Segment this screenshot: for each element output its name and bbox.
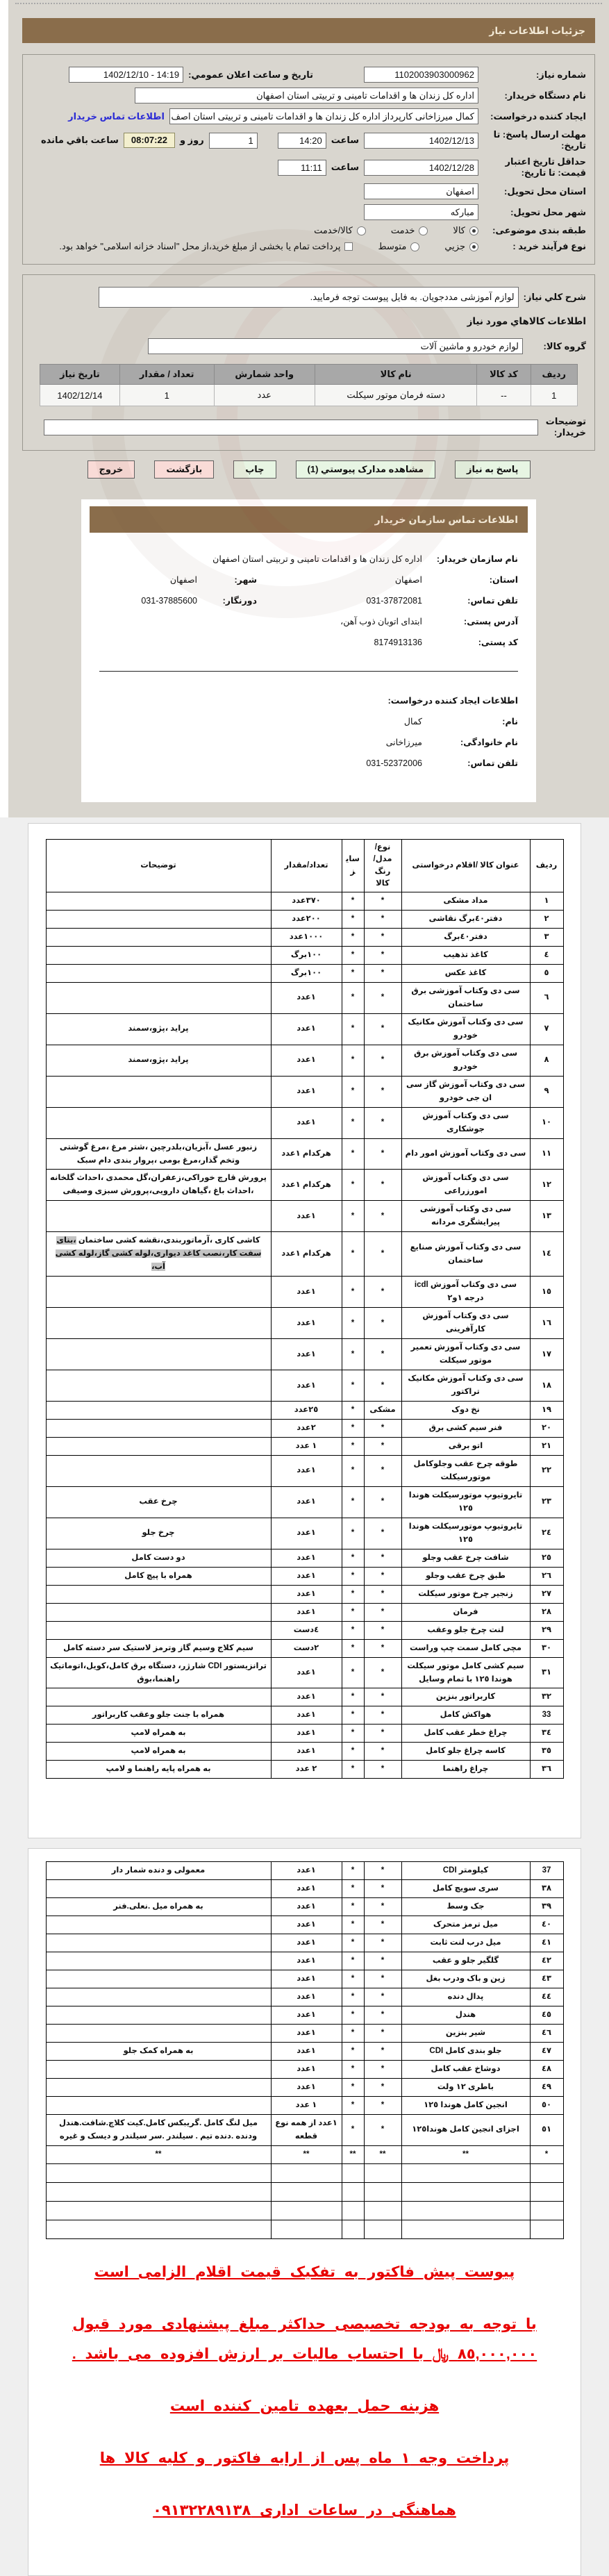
- attachment-cell-title: سی دی وکتاب آموزشی پیرایشگری مردانه: [401, 1201, 530, 1232]
- delivery-city-field[interactable]: مبارکه: [364, 204, 478, 220]
- attachment-table-2: 37کیلومتر CDI**۱عددمعمولی و دنده شمار دا…: [46, 1861, 564, 2238]
- radio-goods-label: کالا: [453, 225, 465, 236]
- attachment-cell-no: ٤: [530, 946, 563, 964]
- attachment-row: [46, 2182, 563, 2201]
- attachment-cell-note: کاشی کاری ،آرماتوربندی،نقشه کشی ساختمان …: [46, 1232, 271, 1277]
- attachment-cell-note: چرخ عقب: [46, 1486, 271, 1518]
- radio-icon: [357, 226, 366, 235]
- attachment-cell-size: *: [342, 1862, 364, 1880]
- attachment-cell-note: [46, 2220, 271, 2238]
- attachment-cell-title: پدال دنده: [401, 1988, 530, 2006]
- attachment-cell-type: *: [364, 1549, 401, 1567]
- attachment-cell-type: *: [364, 1370, 401, 1402]
- buyer-org-label: نام دستگاه خریدار:: [483, 90, 586, 101]
- attachment-cell-no: ۲٤: [530, 1518, 563, 1549]
- attachment-cell-note: [46, 1201, 271, 1232]
- attachment-cell-no: ٤٤: [530, 1988, 563, 2006]
- goods-col-header: تاریخ نیاز: [40, 365, 120, 385]
- need-desc-field[interactable]: لوازم آموزشی مددجویان. به فایل پیوست توج…: [99, 287, 519, 308]
- attachment-cell-note: [46, 1370, 271, 1402]
- attachment-cell-title: شافت چرخ عقب وجلو: [401, 1549, 530, 1567]
- attachment-cell-no: ۹: [530, 1076, 563, 1107]
- attachment-cell-size: *: [342, 1076, 364, 1107]
- attachment-row: ۲٦طبق چرخ عقب وجلو**۱عددهمراه با پیچ کام…: [46, 1567, 563, 1585]
- attachment-table-header: ردیفعنوان کالا /اقلام درخواستینوع/مدل/رن…: [46, 840, 563, 892]
- attachment-row: ۱۷سی دی وکتاب آموزش تعمیر موتور سیکلت**۱…: [46, 1339, 563, 1370]
- attachment-cell-qty: ۲ عدد: [271, 1761, 342, 1779]
- goods-table-header-row: ردیفکد کالانام کالاواحد شمارشتعداد / مقد…: [40, 365, 578, 385]
- attachment-row: ۳٦چراغ راهنما**۲ عددبه همراه پایه راهنما…: [46, 1761, 563, 1779]
- attachment-cell-qty: ۱عدد: [271, 1952, 342, 1970]
- attachment-cell-size: *: [342, 1585, 364, 1603]
- attachment-cell-qty: ۱عدد: [271, 1486, 342, 1518]
- attachment-cell-title: دوشاخ عقب کامل: [401, 2060, 530, 2078]
- attachment-cell-note: [46, 1916, 271, 1934]
- creator-field[interactable]: کمال میرزاخانی کارپرداز اداره کل زندان ه…: [169, 108, 478, 124]
- attachment-cell-qty: ۱عدد: [271, 1455, 342, 1486]
- attachment-cell-note: [46, 2182, 271, 2201]
- attachment-cell-qty: [271, 2220, 342, 2238]
- attachment-cell-no: ۳٥: [530, 1743, 563, 1761]
- attachment-cell-type: *: [364, 2096, 401, 2114]
- attachment-cell-no: [530, 2220, 563, 2238]
- attachment-row: ۷سی دی وکتاب آموزش مکانیک خودرو**۱عددپرا…: [46, 1013, 563, 1045]
- need-no-field[interactable]: 1102003903000962: [364, 67, 478, 83]
- attachment-row: ۲۰فنر سیم کشی برق**۲عدد: [46, 1419, 563, 1437]
- attachment-cell-qty: ۱عدد: [271, 1862, 342, 1880]
- attachment-cell-qty: [271, 2163, 342, 2182]
- goods-group-label: گروه کالا:: [528, 341, 586, 352]
- attachment-cell-size: *: [342, 1603, 364, 1621]
- attachment-cell-note: به همراه لامپ: [46, 1725, 271, 1743]
- attachment-cell-size: *: [342, 1567, 364, 1585]
- attachment-cell-qty: ۱عدد: [271, 1045, 342, 1076]
- attachment-cell-size: *: [342, 1743, 364, 1761]
- radio-selected-icon: [469, 242, 478, 251]
- goods-cell: عدد: [214, 385, 315, 406]
- org-name-value: اداره کل زندان ها و اقدامات تامینی و ترب…: [212, 554, 422, 564]
- attachment-cell-qty: [271, 2201, 342, 2220]
- attachment-cell-size: [342, 2163, 364, 2182]
- attachment-cell-qty: ٤دست: [271, 1621, 342, 1639]
- contact-card-title: اطلاعات تماس سازمان خریدار: [90, 506, 528, 533]
- attachment-cell-qty: ۱عدد: [271, 1603, 342, 1621]
- attachment-row: ۳۰مچی کامل سمت چپ وراست**۲دستسیم کلاج وس…: [46, 1639, 563, 1657]
- attachment-row: ٤٦شیر بنزین**۱عدد: [46, 2025, 563, 2043]
- attachment-cell-no: [530, 2201, 563, 2220]
- attachment-cell-qty: ۱عدد: [271, 1657, 342, 1688]
- goods-col-header: تعداد / مقدار: [119, 365, 214, 385]
- contact-address-label: آدرس پستی:: [422, 616, 518, 626]
- attachment-row: ۳۲کاربراتور بنزین**۱عدد: [46, 1688, 563, 1706]
- attachment-cell-qty: ۱عدد: [271, 1013, 342, 1045]
- need-description-panel: شرح کلي نیاز: لوازم آموزشی مددجویان. به …: [22, 274, 595, 451]
- attachment-cell-note: [46, 910, 271, 928]
- attachment-cell-qty: ۱عدد: [271, 1567, 342, 1585]
- attachment-row: ۳۱سیم کشی کامل موتور سیکلت هوندا ۱۲٥ با …: [46, 1657, 563, 1688]
- attachment-cell-size: *: [342, 1339, 364, 1370]
- contact-fax-value: 031-37885600: [141, 596, 197, 606]
- attachment-cell-type: *: [364, 1916, 401, 1934]
- attachment-cell-title: دفتر٤۰برگ نقاشی: [401, 910, 530, 928]
- attachment-cell-size: *: [342, 1455, 364, 1486]
- attachment-cell-title: زین و باک ودرب بغل: [401, 1970, 530, 1988]
- attachment-cell-title: سی دی وکتاب آموزش امورزراعی: [401, 1170, 530, 1201]
- attachment-cell-note: [46, 982, 271, 1013]
- attachment-cell-qty: هرکدام ۱عدد: [271, 1232, 342, 1277]
- days-field[interactable]: 1: [209, 133, 258, 149]
- attachment-cell-qty: ۲۰۰عدد: [271, 910, 342, 928]
- form-section: جزئیات اطلاعات نیاز شماره نیاز: 11020039…: [0, 0, 609, 817]
- radio-goods-service[interactable]: کالا/خدمت: [314, 225, 366, 236]
- attachment-cell-size: *: [342, 1232, 364, 1277]
- creator-fname-label: نام:: [422, 716, 518, 726]
- attachment-cell-title: سیم کشی کامل موتور سیکلت هوندا ۱۲٥ با تم…: [401, 1657, 530, 1688]
- attachment-cell-type: *: [364, 2078, 401, 2096]
- attachment-cell-type: *: [364, 1013, 401, 1045]
- attachment-cell-type: *: [364, 2043, 401, 2061]
- attachment-row: ٤۲گلگیر جلو و عقب**۱عدد: [46, 1952, 563, 1970]
- attachment-cell-note: [46, 1308, 271, 1339]
- attachment-cell-size: *: [342, 2043, 364, 2061]
- attachment-row: ٥۰انجین کامل هوندا ۱۲٥**۱ عدد: [46, 2096, 563, 2114]
- attachment-row: ٤کاغذ تذهیب**۱۰۰برگ: [46, 946, 563, 964]
- attachment-cell-qty: ۱عدد: [271, 1970, 342, 1988]
- announce-field[interactable]: 14:19 - 1402/12/10: [69, 67, 183, 83]
- attachment-cell-note: [46, 1455, 271, 1486]
- attachment-cell-type: *: [364, 1107, 401, 1138]
- goods-table-row: 1--دسته فرمان موتور سیکلتعدد11402/12/14: [40, 385, 578, 406]
- attachment-cell-no: ۷: [530, 1013, 563, 1045]
- attachment-cell-no: ٤۸: [530, 2060, 563, 2078]
- attachment-cell-title: مچی کامل سمت چپ وراست: [401, 1639, 530, 1657]
- attachment-cell-size: *: [342, 1725, 364, 1743]
- attachment-row: ۲۸فرمان**۱عدد: [46, 1603, 563, 1621]
- buyer-notes-label: توضیحات خریدار:: [543, 416, 586, 438]
- attachment-cell-qty: ۱عدد: [271, 2060, 342, 2078]
- attachment-cell-note: میل لنگ کامل .گریبکس کامل.کیت کلاچ.شافت.…: [46, 2114, 271, 2145]
- attachment-row: ۳دفتر٤۰برگ**۱۰۰۰عدد: [46, 928, 563, 946]
- radio-service[interactable]: خدمت: [391, 225, 428, 236]
- attachment-cell-note: به همراه میل .نعلی.فنر: [46, 1898, 271, 1916]
- classification-options: کالا خدمت کالا/خدمت: [314, 225, 478, 236]
- attachment-cell-title: [401, 2182, 530, 2201]
- attachment-row: ۱۲سی دی وکتاب آموزش امورزراعی**هرکدام ۱ع…: [46, 1170, 563, 1201]
- attachment-cell-no: ۱۳: [530, 1201, 563, 1232]
- goods-cell: 1402/12/14: [40, 385, 120, 406]
- radio-minor[interactable]: جزیي: [444, 241, 478, 252]
- attachment-cell-title: سی دی وکتاب آموزش تعمیر موتور سیکلت: [401, 1339, 530, 1370]
- attachment-cell-note: [46, 2060, 271, 2078]
- attachment-cell-no: ۲۹: [530, 1621, 563, 1639]
- attachment-cell-type: *: [364, 1486, 401, 1518]
- buyer-notes-field[interactable]: [44, 419, 538, 435]
- attachment-cell-type: *: [364, 1419, 401, 1437]
- attachment-cell-no: ۳۹: [530, 1898, 563, 1916]
- process-type-options: جزیي متوسط پرداخت تمام یا بخشی از مبلغ خ…: [59, 241, 478, 252]
- attachment-cell-note: معمولی و دنده شمار دار: [46, 1862, 271, 1880]
- toolbar-button-2[interactable]: چاپ: [233, 460, 276, 479]
- red-note-2: با توجه به بودجه تخصیصی حداکثر مبلغ پیشن…: [51, 2309, 558, 2369]
- attachment-row: ۱٤سی دی وکتاب آموزش صنایع ساختمان**هرکدا…: [46, 1232, 563, 1277]
- creator-lname-label: نام خانوادگی:: [422, 737, 518, 747]
- attachment-col-header: سایز: [342, 840, 364, 892]
- buyer-contact-link[interactable]: اطلاعات تماس خریدار: [68, 111, 165, 122]
- attachment-cell-qty: ۳۷۰عدد: [271, 892, 342, 911]
- attachment-row: ۱مداد مشکی**۳۷۰عدد: [46, 892, 563, 911]
- attachment-cell-type: مشکی: [364, 1402, 401, 1420]
- attachment-cell-type: *: [364, 1201, 401, 1232]
- attachment-cell-note: [46, 1437, 271, 1455]
- attachment-cell-type: *: [364, 892, 401, 911]
- toolbar-button-1[interactable]: مشاهده مدارک پیوستي (1): [296, 460, 436, 479]
- attachment-cell-title: هواکش کامل: [401, 1706, 530, 1725]
- attachment-cell-title: مداد مشکی: [401, 892, 530, 911]
- attachment-cell-size: *: [342, 1486, 364, 1518]
- classification-label: طبقه بندی موضوعی:: [483, 225, 586, 236]
- attachment-cell-size: [342, 2182, 364, 2201]
- attachment-cell-no: ۲۲: [530, 1455, 563, 1486]
- radio-medium[interactable]: متوسط: [378, 241, 419, 252]
- attachment-cell-qty: ۲عدد: [271, 1419, 342, 1437]
- treasury-checkbox[interactable]: پرداخت تمام یا بخشی از مبلغ خرید،از محل …: [59, 241, 353, 252]
- attachment-cell-size: *: [342, 1138, 364, 1170]
- attachment-cell-qty: ۱۰۰برگ: [271, 964, 342, 982]
- attachment-cell-size: *: [342, 2025, 364, 2043]
- attachment-row: 37کیلومتر CDI**۱عددمعمولی و دنده شمار دا…: [46, 1862, 563, 1880]
- toolbar-button-4[interactable]: خروج: [87, 460, 135, 479]
- deadline-time-field[interactable]: 14:20: [278, 133, 326, 149]
- validity-hour-label: ساعت: [331, 162, 359, 173]
- attachment-cell-title: سی دی وکتاب آموزش icdl درجه ۱و۲: [401, 1277, 530, 1308]
- attachment-cell-size: *: [342, 1688, 364, 1706]
- attachment-cell-size: *: [342, 1639, 364, 1657]
- need-desc-label: شرح کلي نیاز:: [524, 292, 586, 303]
- attachment-cell-no: ۱۸: [530, 1370, 563, 1402]
- attachment-cell-qty: ۱ عدد: [271, 2096, 342, 2114]
- attachment-cell-qty: هرکدام ۱عدد: [271, 1170, 342, 1201]
- attachment-cell-size: *: [342, 1952, 364, 1970]
- attachment-cell-qty: ۱عدد: [271, 1585, 342, 1603]
- attachment-cell-note: [46, 2078, 271, 2096]
- attachment-cell-size: *: [342, 1898, 364, 1916]
- validity-time-field[interactable]: 11:11: [278, 160, 326, 176]
- delivery-province-field[interactable]: اصفهان: [364, 183, 478, 199]
- attachment-cell-title: چراغ خطر عقب کامل: [401, 1725, 530, 1743]
- attachment-cell-title: سی دی وکتاب آموزش مکانیک خودرو: [401, 1013, 530, 1045]
- attachment-cell-size: *: [342, 1970, 364, 1988]
- attachment-cell-type: [364, 2182, 401, 2201]
- attachment-cell-qty: ۱عدد: [271, 1916, 342, 1934]
- attachment-cell-qty: ۱عدد: [271, 1277, 342, 1308]
- deadline-date-field[interactable]: 1402/12/13: [364, 133, 478, 149]
- validity-date-field[interactable]: 1402/12/28: [364, 160, 478, 176]
- attachment-page-1: ردیفعنوان کالا /اقلام درخواستینوع/مدل/رن…: [28, 823, 581, 1838]
- attachment-cell-qty: ۱عدد: [271, 1201, 342, 1232]
- attachment-cell-title: [401, 2201, 530, 2220]
- attachment-cell-no: ۳٦: [530, 1761, 563, 1779]
- attachment-cell-note: [46, 946, 271, 964]
- attachment-cell-note: [46, 1402, 271, 1420]
- attachment-cell-title: میل ترمز متحرک: [401, 1916, 530, 1934]
- attachment-cell-type: *: [364, 1898, 401, 1916]
- attachment-row: ٤۹باطری ۱۲ ولت**۱عدد: [46, 2078, 563, 2096]
- attachment-cell-size: *: [342, 2114, 364, 2145]
- radio-goods[interactable]: کالا: [453, 225, 478, 236]
- attachment-cell-qty: ۱عدد: [271, 2006, 342, 2025]
- attachment-cell-no: 33: [530, 1706, 563, 1725]
- attachment-cell-no: ۳۰: [530, 1639, 563, 1657]
- attachment-cell-qty: هرکدام ۱عدد: [271, 1138, 342, 1170]
- toolbar-button-0[interactable]: پاسخ به نیاز: [455, 460, 530, 479]
- page-gap: [0, 1838, 609, 1848]
- attachment-cell-no: ٤۷: [530, 2043, 563, 2061]
- attachment-cell-type: *: [364, 1138, 401, 1170]
- attachment-section: ردیفعنوان کالا /اقلام درخواستینوع/مدل/رن…: [0, 817, 609, 2576]
- attachment-cell-no: ۲۱: [530, 1437, 563, 1455]
- attachment-cell-type: *: [364, 1232, 401, 1277]
- attachment-cell-no: ۳٤: [530, 1725, 563, 1743]
- attachment-cell-type: *: [364, 1045, 401, 1076]
- attachment-cell-size: *: [342, 1761, 364, 1779]
- attachment-cell-title: گلگیر جلو و عقب: [401, 1952, 530, 1970]
- attachment-cell-note: [46, 2025, 271, 2043]
- attachment-cell-size: *: [342, 1370, 364, 1402]
- attachment-table-1: ردیفعنوان کالا /اقلام درخواستینوع/مدل/رن…: [46, 839, 564, 1779]
- delivery-province-label: استان محل تحویل:: [483, 186, 586, 197]
- attachment-cell-note: ترانزیستور CDI شارژر، دستگاه برق کامل،کو…: [46, 1657, 271, 1688]
- attachment-cell-note: [46, 1880, 271, 1898]
- attachment-cell-size: *: [342, 2060, 364, 2078]
- attachment-cell-size: *: [342, 2006, 364, 2025]
- attachment-cell-note: [46, 1934, 271, 1952]
- attachment-cell-size: *: [342, 1437, 364, 1455]
- attachment-row: ۱۳سی دی وکتاب آموزشی پیرایشگری مردانه**۱…: [46, 1201, 563, 1232]
- attachment-cell-type: *: [364, 1934, 401, 1952]
- attachment-cell-type: *: [364, 2114, 401, 2145]
- attachment-cell-no: ٥: [530, 964, 563, 982]
- contact-postal-label: کد پستی:: [422, 637, 518, 647]
- attachment-row: ***********: [46, 2145, 563, 2163]
- attachment-cell-type: *: [364, 1862, 401, 1880]
- attachment-cell-no: ۱۰: [530, 1107, 563, 1138]
- creator-fname-value: کمال: [404, 716, 422, 726]
- attachment-cell-qty: ۱عدد: [271, 1370, 342, 1402]
- attachment-cell-note: پراید ،پژو،سمند: [46, 1045, 271, 1076]
- attachment-cell-type: *: [364, 1988, 401, 2006]
- attachment-row: ۲۹لنت چرخ جلو وعقب**٤دست: [46, 1621, 563, 1639]
- attachment-cell-note: به همراه کمک جلو: [46, 2043, 271, 2061]
- radio-selected-icon: [469, 226, 478, 235]
- attachment-cell-no: ٦: [530, 982, 563, 1013]
- attachment-row: ٤۷جلو بندی کامل CDI**۱عددبه همراه کمک جل…: [46, 2043, 563, 2061]
- attachment-cell-no: ٥۱: [530, 2114, 563, 2145]
- attachment-cell-no: [530, 2182, 563, 2201]
- attachment-cell-title: سی دی وکتاب آموزش جوشکاری: [401, 1107, 530, 1138]
- goods-cell: --: [477, 385, 531, 406]
- toolbar-button-3[interactable]: بازگشت: [154, 460, 214, 479]
- attachment-cell-no: ۲٥: [530, 1549, 563, 1567]
- need-no-label: شماره نیاز:: [483, 69, 586, 81]
- attachment-cell-title: طبق چرخ عقب وجلو: [401, 1567, 530, 1585]
- attachment-cell-note: همراه با پیچ کامل: [46, 1567, 271, 1585]
- attachment-cell-no: *: [530, 2145, 563, 2163]
- attachment-cell-no: ۳۱: [530, 1657, 563, 1688]
- attachment-cell-title: سی دی وکتاب آموزش صنایع ساختمان: [401, 1232, 530, 1277]
- creator-phone-value: 031-52372006: [366, 758, 422, 768]
- attachment-cell-type: *: [364, 1603, 401, 1621]
- attachment-cell-no: ۱٦: [530, 1308, 563, 1339]
- attachment-row: ٥کاغذ عکس**۱۰۰برگ: [46, 964, 563, 982]
- org-name-label: نام سازمان خریدار:: [422, 554, 518, 564]
- attachment-cell-note: [46, 1988, 271, 2006]
- attachment-cell-title: سری سویچ کامل: [401, 1880, 530, 1898]
- attachment-cell-note: [46, 1621, 271, 1639]
- attachment-cell-size: *: [342, 1880, 364, 1898]
- red-note-5: هماهنگی در ساعات اداری ۰۹۱۳۲۲۸۹۱۳۸: [51, 2495, 558, 2525]
- attachment-col-header: نوع/مدل/رنگ کالا: [364, 840, 401, 892]
- attachment-cell-no: ۸: [530, 1045, 563, 1076]
- attachment-cell-type: *: [364, 910, 401, 928]
- attachment-cell-size: *: [342, 928, 364, 946]
- attachment-row: ٤٤پدال دنده**۱عدد: [46, 1988, 563, 2006]
- attachment-cell-title: زنجیر چرخ موتور سیکلت: [401, 1585, 530, 1603]
- attachment-cell-size: [342, 2201, 364, 2220]
- attachment-cell-type: *: [364, 1657, 401, 1688]
- attachment-row: [46, 2220, 563, 2238]
- attachment-cell-type: *: [364, 1725, 401, 1743]
- attachment-cell-type: *: [364, 1761, 401, 1779]
- attachment-cell-qty: ۱۰۰برگ: [271, 946, 342, 964]
- contact-phone-label: تلفن تماس:: [422, 595, 518, 606]
- attachment-cell-size: *: [342, 1916, 364, 1934]
- attachment-cell-no: ۳: [530, 928, 563, 946]
- attachment-cell-title: تایروتیوپ موتورسیکلت هوندا ۱۲٥: [401, 1518, 530, 1549]
- attachment-cell-no: ۲۷: [530, 1585, 563, 1603]
- toolbar: پاسخ به نیازمشاهده مدارک پیوستي (1)چاپبا…: [8, 460, 609, 479]
- validity-label: حداقل تاریخ اعتبار قیمت: تا تاریخ:: [483, 156, 586, 178]
- buyer-org-field[interactable]: اداره کل زندان ها و اقدامات تامینی و ترب…: [135, 88, 478, 103]
- attachment-row: ۸سی دی وکتاب آموزش برق خودرو**۱عددپراید …: [46, 1045, 563, 1076]
- contact-city-value: اصفهان: [170, 574, 197, 585]
- creator-lname-value: میرزاخانی: [386, 737, 422, 747]
- attachment-cell-type: *: [364, 1706, 401, 1725]
- attachment-cell-note: [46, 2201, 271, 2220]
- attachment-row: ۱۹نخ دوکمشکی*۲٥عدد: [46, 1402, 563, 1420]
- creator-phone-label: تلفن تماس:: [422, 758, 518, 768]
- attachment-cell-note: چرخ جلو: [46, 1518, 271, 1549]
- attachment-cell-qty: ۱عدد: [271, 2025, 342, 2043]
- attachment-row: ۱۱سی دی وکتاب آموزش امور دام**هرکدام ۱عد…: [46, 1138, 563, 1170]
- radio-icon: [410, 242, 419, 251]
- attachment-cell-size: *: [342, 1107, 364, 1138]
- attachment-cell-no: ۱: [530, 892, 563, 911]
- attachment-row: ۳۹جک وسط**۱عددبه همراه میل .نعلی.فنر: [46, 1898, 563, 1916]
- attachment-cell-qty: ۱عدد: [271, 2043, 342, 2061]
- attachment-cell-size: *: [342, 964, 364, 982]
- radio-medium-label: متوسط: [378, 241, 406, 252]
- creator-label: ایجاد کننده درخواست:: [483, 111, 586, 122]
- attachment-cell-title: هندل: [401, 2006, 530, 2025]
- attachment-col-header: توضیحات: [46, 840, 271, 892]
- attachment-cell-note: [46, 1952, 271, 1970]
- attachment-cell-no: ٤۱: [530, 1934, 563, 1952]
- attachment-row: ۳۸سری سویچ کامل**۱عدد: [46, 1880, 563, 1898]
- attachment-cell-title: سی دی وکتاب آموزش کارآفرینی: [401, 1308, 530, 1339]
- goods-group-field[interactable]: لوازم خودرو و ماشین آلات: [148, 338, 523, 354]
- attachment-cell-note: [46, 2096, 271, 2114]
- attachment-cell-title: طوقه چرخ عقب وجلوکامل موتورسیکلت: [401, 1455, 530, 1486]
